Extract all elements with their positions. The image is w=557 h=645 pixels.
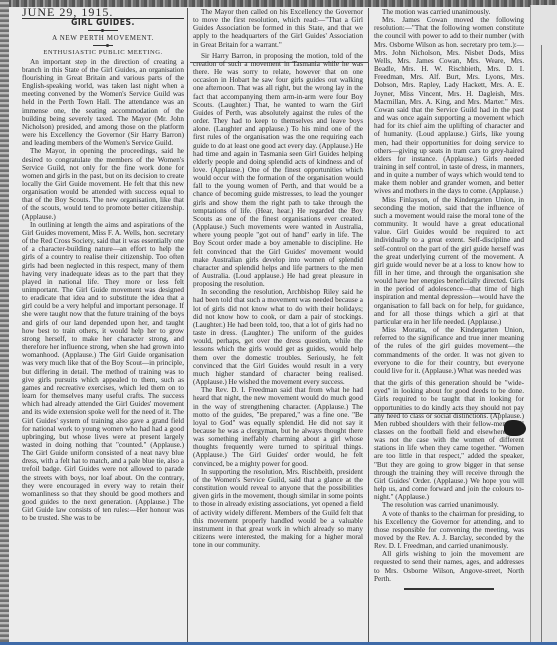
paragraph: that the girls of this generation should… (374, 379, 524, 501)
paragraph: In outlining at length the aims and aspi… (22, 221, 184, 523)
ink-blot (504, 420, 526, 436)
headline-rule (88, 30, 118, 31)
paragraph: The Mayor then called on his Excellency … (193, 8, 363, 49)
scan-binding-edge (0, 0, 9, 645)
paragraph: Miss Moratta, of the Kindergarten Union,… (374, 326, 524, 375)
article-column-2: The Mayor then called on his Excellency … (193, 8, 363, 549)
scanned-page: JUNE 29, 1915. GIRL GUIDES. A NEW PERTH … (0, 0, 557, 645)
article-end-rule (404, 588, 494, 590)
paragraph: The resolution was carried unanimously. (374, 501, 524, 509)
subheadline-2: ENTHUSIASTIC PUBLIC MEETING. (22, 49, 184, 57)
paragraph: In seconding the resolution, Archbishop … (193, 288, 363, 386)
column-divider-1 (187, 8, 188, 643)
paragraph: Miss Finlayson, of the Kindergarten Unio… (374, 196, 524, 327)
paragraph: In supporting the resolution, Mrs. Risch… (193, 468, 363, 550)
paragraph: The motion was carried unanimously. (374, 8, 524, 16)
paragraph: A vote of thanks to the chairman for pre… (374, 510, 524, 551)
subheadline: A NEW PERTH MOVEMENT. (22, 34, 184, 42)
paragraph: The Mayor, in opening the proceedings, s… (22, 147, 184, 220)
paragraph: All girls wishing to join the movement a… (374, 550, 524, 583)
article-column-3: The motion was carried unanimously. Mrs.… (374, 8, 524, 590)
paragraph: The Rev. D. I. Freedman said that from w… (193, 386, 363, 468)
adjacent-page-edge (530, 5, 557, 645)
paragraph: An important step in the direction of cr… (22, 58, 184, 148)
article-column-1: JUNE 29, 1915. GIRL GUIDES. A NEW PERTH … (22, 8, 184, 523)
subheadline-rule (93, 45, 113, 46)
column-divider-2 (368, 8, 369, 643)
headline: GIRL GUIDES. (22, 19, 184, 27)
paragraph: Sir Harry Barron, in proposing the motio… (193, 52, 363, 289)
paragraph: Mrs. James Cowan moved the following res… (374, 16, 524, 195)
